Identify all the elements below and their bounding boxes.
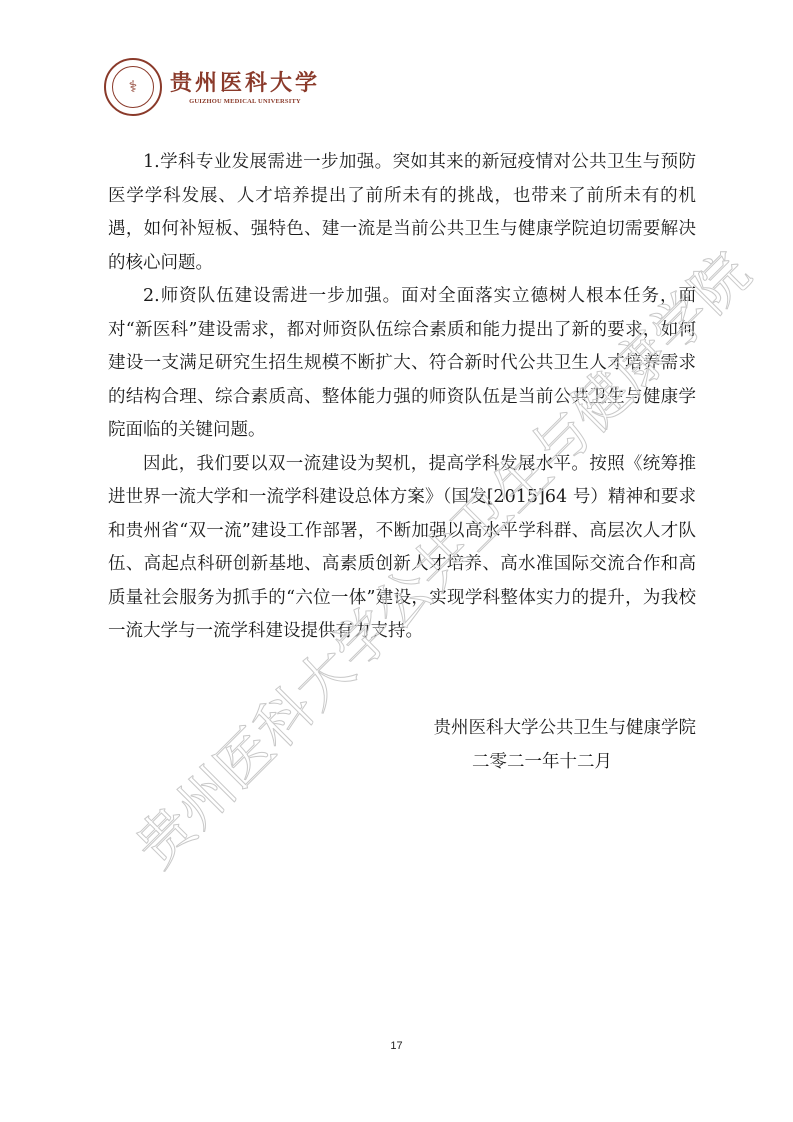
paragraph-faculty-building: 2.师资队伍建设需进一步加强。面对全面落实立德树人根本任务，面对“新医科”建设需… — [108, 280, 696, 448]
paragraph-conclusion: 因此，我们要以双一流建设为契机，提高学科发展水平。按照《统筹推进世界一流大学和一… — [108, 448, 696, 649]
signature-date: 二零二一年十二月 — [108, 746, 696, 780]
university-seal-icon: ⚕ — [104, 58, 162, 116]
page-header: ⚕ 贵州医科大学 GUIZHOU MEDICAL UNIVERSITY — [104, 57, 320, 117]
paragraph-discipline-development: 1.学科专业发展需进一步加强。突如其来的新冠疫情对公共卫生与预防医学学科发展、人… — [108, 146, 696, 280]
logo-english-name: GUIZHOU MEDICAL UNIVERSITY — [189, 98, 301, 105]
caduceus-icon: ⚕ — [129, 79, 138, 95]
document-body: 1.学科专业发展需进一步加强。突如其来的新冠疫情对公共卫生与预防医学学科发展、人… — [108, 146, 696, 649]
university-logo: 贵州医科大学 GUIZHOU MEDICAL UNIVERSITY — [170, 70, 320, 105]
signature-organization: 贵州医科大学公共卫生与健康学院 — [108, 712, 696, 746]
page-number: 17 — [0, 1040, 793, 1052]
logo-chinese-name: 贵州医科大学 — [170, 70, 320, 96]
